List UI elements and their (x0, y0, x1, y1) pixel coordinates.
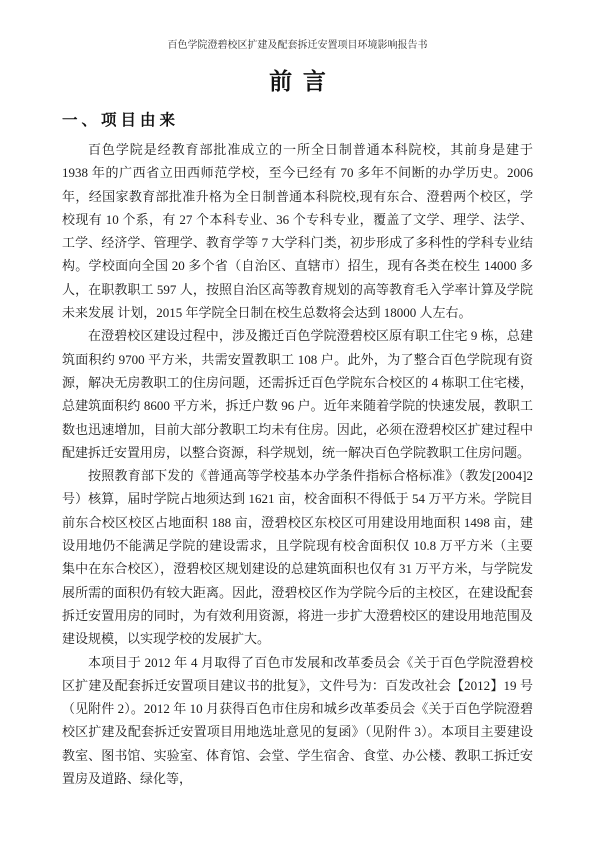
section-heading: 一、项目由来 (62, 111, 533, 131)
paragraph-project-origin-4: 本项目于 2012 年 4 月取得了百色市发展和改革委员会《关于百色学院澄碧校区… (62, 651, 533, 791)
paragraph-project-origin-1: 百色学院是经教育部批准成立的一所全日制普通本科院校，其前身是建于 1938 年的… (62, 138, 533, 324)
paragraph-project-origin-3: 按照教育部下发的《普通高等学校基本办学条件指标合格标准》（教发[2004]2 号… (62, 464, 533, 650)
document-body: 百色学院是经教育部批准成立的一所全日制普通本科院校，其前身是建于 1938 年的… (62, 138, 533, 790)
document-page: 百色学院澄碧校区扩建及配套拆迁安置项目环境影响报告书 前 言 一、项目由来 百色… (0, 0, 595, 842)
paragraph-project-origin-2: 在澄碧校区建设过程中，涉及搬迁百色学院澄碧校区原有职工住宅 9 栋，总建筑面积约… (62, 324, 533, 464)
page-header: 百色学院澄碧校区扩建及配套拆迁安置项目环境影响报告书 (62, 40, 533, 52)
document-title: 前 言 (62, 67, 533, 97)
